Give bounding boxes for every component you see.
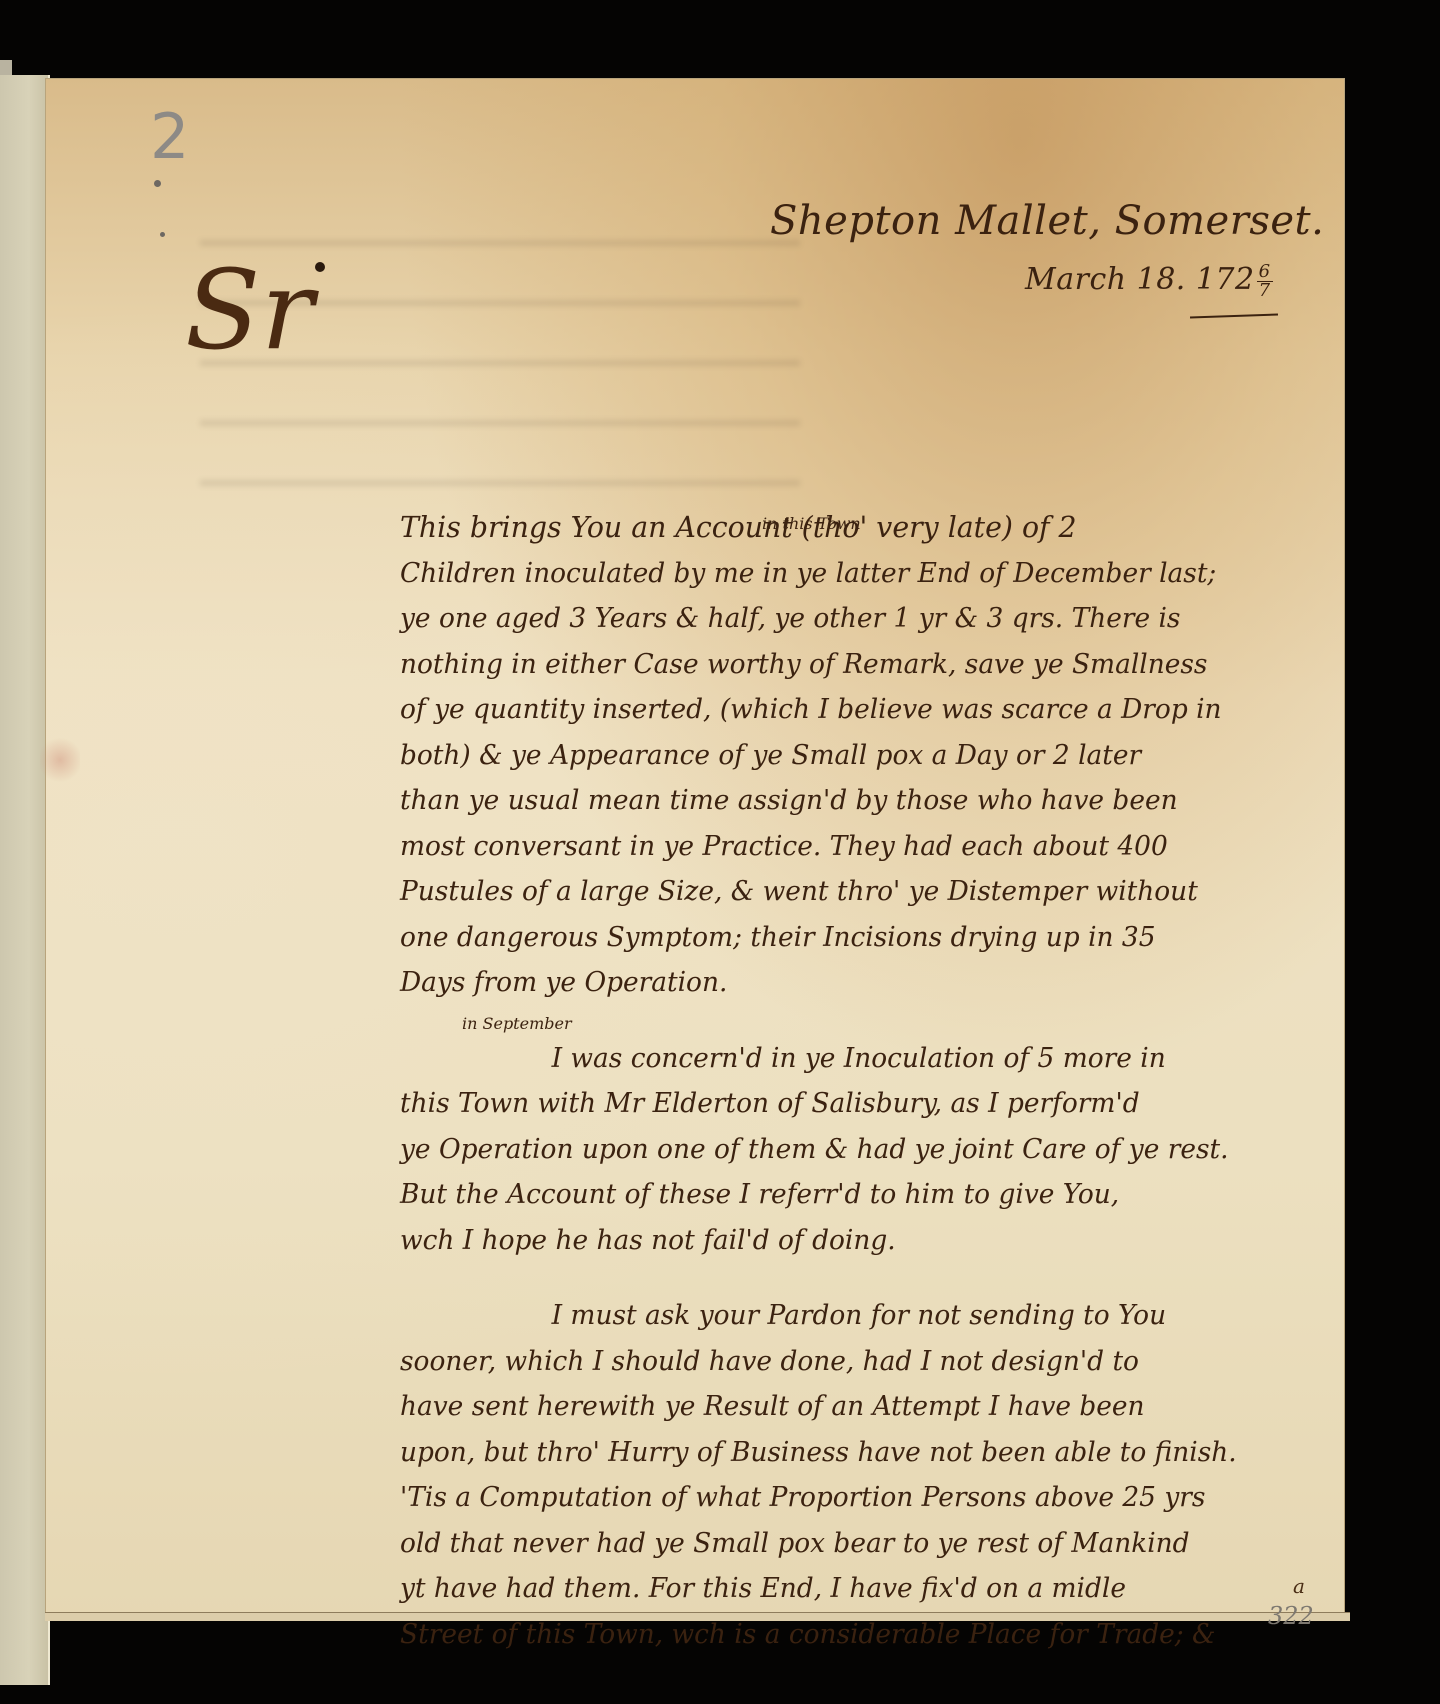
text-line: Children inoculated by me in ye latter E… — [400, 551, 1300, 597]
paragraph-3: I must ask your Pardon for not sending t… — [400, 1293, 1320, 1657]
text-line: But the Account of these I referr'd to h… — [400, 1172, 1300, 1218]
red-stain — [40, 735, 80, 785]
text-line: 'Tis a Computation of what Proportion Pe… — [400, 1475, 1300, 1521]
text-line: Days from ye Operation. — [400, 960, 1300, 1006]
paragraph-2: I was concern'd in ye Inoculation of 5 m… — [400, 1036, 1320, 1264]
text-line: have sent herewith ye Result of an Attem… — [400, 1384, 1300, 1430]
text-line: I was concern'd in ye Inoculation of 5 m… — [400, 1036, 1300, 1082]
folio-suffix: a — [1293, 1574, 1305, 1598]
text-line: nothing in either Case worthy of Remark,… — [400, 642, 1300, 688]
text-line: Pustules of a large Size, & went thro' y… — [400, 869, 1300, 915]
pencil-number-mark: 2 — [150, 100, 189, 173]
text-line: I must ask your Pardon for not sending t… — [400, 1293, 1300, 1339]
text-line: this Town with Mr Elderton of Salisbury,… — [400, 1081, 1300, 1127]
text-line: upon, but thro' Hurry of Business have n… — [400, 1430, 1300, 1476]
text-line: of ye quantity inserted, (which I believ… — [400, 687, 1300, 733]
text-line: one dangerous Symptom; their Incisions d… — [400, 915, 1300, 961]
text-line: This brings You an Account (tho' very la… — [400, 505, 1300, 551]
pencil-dot — [160, 232, 165, 237]
text-line: ye Operation upon one of them & had ye j… — [400, 1127, 1300, 1173]
ink-blot — [315, 262, 325, 272]
text-line: sooner, which I should have done, had I … — [400, 1339, 1300, 1385]
paragraph-1: This brings You an Account (tho' very la… — [400, 505, 1320, 1006]
letter-body: This brings You an Account (tho' very la… — [400, 505, 1320, 1657]
mount-backing-board — [0, 75, 50, 1685]
text-line: most conversant in ye Practice. They had… — [400, 824, 1300, 870]
folio-number: 322 — [1268, 1602, 1314, 1630]
text-line: both) & ye Appearance of ye Small pox a … — [400, 733, 1300, 779]
text-line: than ye usual mean time assign'd by thos… — [400, 778, 1300, 824]
letter-place: Shepton Mallet, Somerset. — [770, 198, 1324, 244]
salutation: Sr — [185, 255, 314, 365]
letter-date: March 18. 17267 — [1025, 262, 1273, 300]
text-line: old that never had ye Small pox bear to … — [400, 1521, 1300, 1567]
pencil-dot — [154, 180, 161, 187]
text-line: Street of this Town, wch is a considerab… — [400, 1612, 1300, 1658]
text-line: yt have had them. For this End, I have f… — [400, 1566, 1300, 1612]
date-text: March 18. 172 — [1025, 262, 1255, 297]
text-line: ye one aged 3 Years & half, ye other 1 y… — [400, 596, 1300, 642]
text-line: wch I hope he has not fail'd of doing. — [400, 1218, 1300, 1264]
date-year-fraction: 67 — [1257, 263, 1273, 300]
